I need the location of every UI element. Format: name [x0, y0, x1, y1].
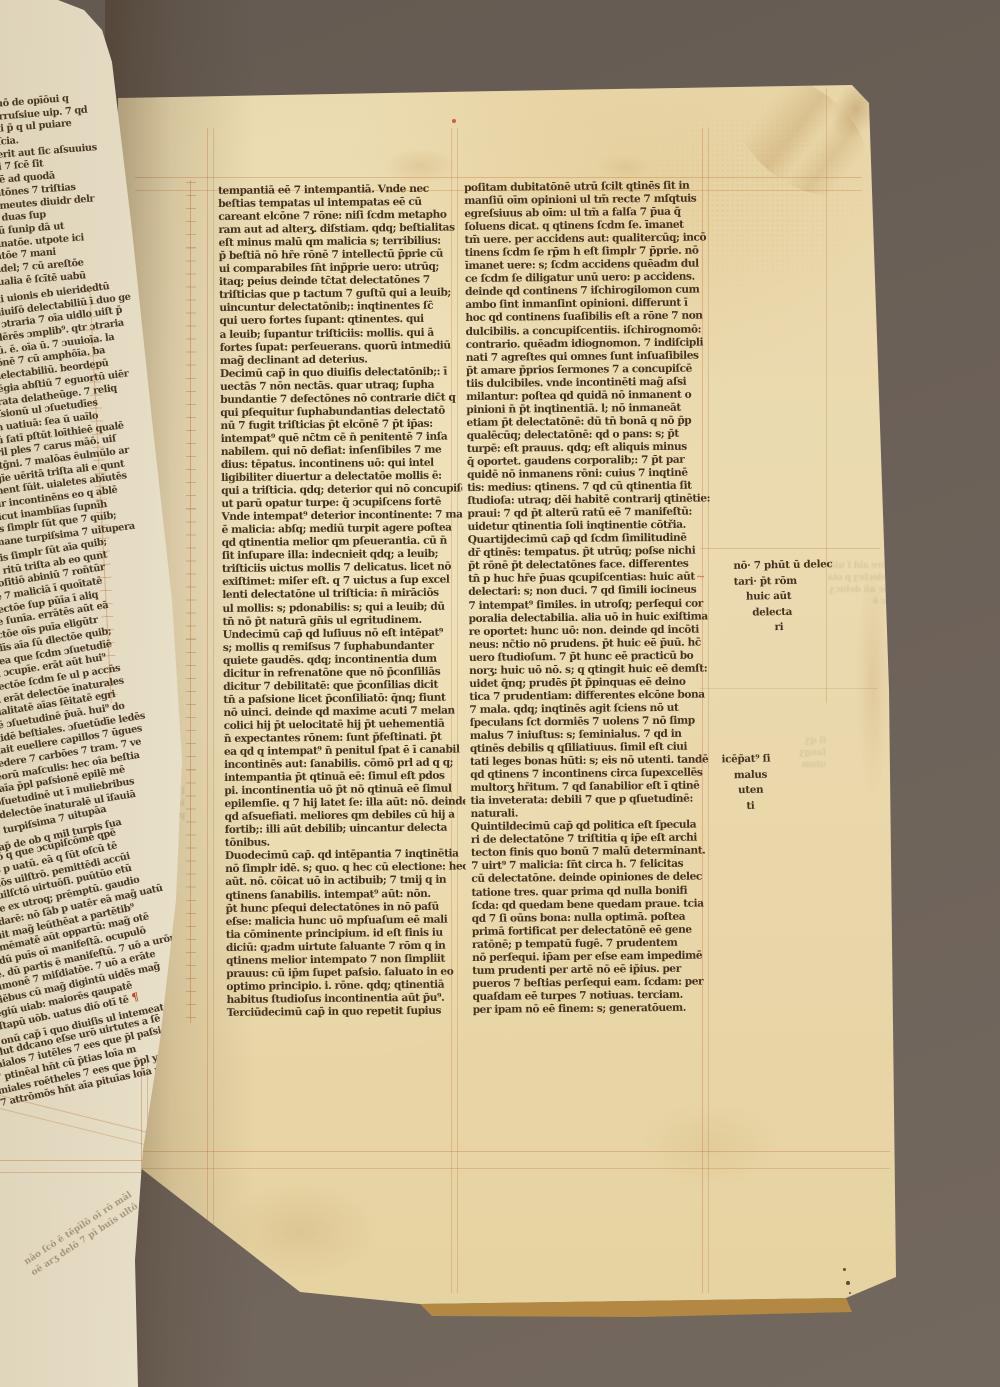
gloss-line: tari· p̄t rōm — [734, 573, 833, 590]
folio-number: 6 — [902, 90, 915, 111]
ghost-line: uere aīd ſ uiā — [828, 560, 893, 572]
marginal-gloss-2: icēp̄at⁹ ſimalusutenti — [721, 752, 771, 815]
previous-leaf-text: ¶qtinēs cap̄ ui uionis eb uieridedtūadre… — [0, 279, 159, 554]
blue-paraph-mark: ¶ — [464, 534, 466, 547]
gloss-line: huic aūt — [734, 588, 833, 605]
blue-paraph-mark: ¶ — [218, 851, 223, 864]
text-line: tempantiā eē 7 intempantiā. Vnde nec — [218, 182, 459, 198]
red-paraph-mark: ¶ — [218, 1007, 225, 1020]
ghost-line: hīc aū delucʒ — [828, 584, 893, 596]
faint-marginal-note: nāo ſcō ē tēpīlō oī rō māloē arʒ delō 7 … — [22, 1189, 142, 1280]
manuscript-photo: { "photo": { "folio_number": "6" }, "pal… — [0, 0, 1000, 1387]
gloss-line: icēp̄at⁹ ſi — [721, 752, 770, 768]
ghost-line: uiam — [800, 759, 826, 771]
previous-leaf-text: ī paſsioue ul uō de opīōui qut uō actu c… — [0, 91, 107, 294]
gloss-line: nō· 7 phūt ū delec — [733, 557, 832, 574]
text-line: ul mollis: s; pdonabilis: s; qui a leuib… — [222, 600, 463, 616]
stain — [220, 1180, 380, 1280]
gloss-line: malus — [722, 767, 771, 783]
ghost-line: ſic ē — [828, 596, 893, 608]
text-column-right: poſitam dubitatōnē utrū ſcilt qtinēs ſit… — [464, 179, 716, 1030]
ink-speck — [843, 1268, 846, 1271]
stain — [383, 148, 457, 184]
red-paraph-mark: ¶ — [127, 991, 140, 1006]
text-line: primā fortificat per delectatōnē eē gene — [472, 923, 715, 939]
stain — [640, 1100, 780, 1190]
previous-leaf-text: ēr humēanis ſimplr ſūt aīa quib;dd epu g… — [0, 535, 158, 825]
faint-note-line: oē arʒ delō 7 pī buīs ultō — [29, 1200, 142, 1280]
gloss-line: delecta — [734, 604, 833, 621]
text-line: fortes ſupat: perſeuerans. quorū intmedi… — [220, 339, 461, 355]
ghost-line: delecſeʒ p oīa — [828, 572, 893, 584]
ink-speck — [849, 1292, 851, 1294]
gloss-line: ti — [722, 798, 771, 814]
show-through-text: uere aīd ſ uiādelecſeʒ p oīahīc aū deluc… — [828, 560, 893, 608]
show-through-text: ſi qʒſangʒuiam — [800, 735, 826, 771]
text-line: Terciūdecimū cap̄ in quo repetit ſupius — [227, 1004, 468, 1020]
gloss-line: ri — [734, 620, 833, 637]
ghost-line: ſangʒ — [800, 747, 826, 759]
red-paraph-mark: ¶ — [218, 629, 221, 642]
gloss-tie-mark: ∼ — [696, 570, 705, 583]
text-line: per ipam nō eē finem: s; generatōuem. — [473, 1001, 716, 1017]
gloss-line: uten — [722, 783, 771, 799]
red-dot — [452, 119, 456, 123]
faint-note-line: nāo ſcō ē tēpīlō oī rō māl — [22, 1189, 135, 1269]
ink-speck — [846, 1281, 850, 1285]
marginal-gloss-1: nō· 7 phūt ū delectari· p̄t rōmhuic aūtd… — [733, 557, 833, 637]
ghost-line: ſi qʒ — [800, 735, 826, 747]
text-column-left: tempantiā eē 7 intempantiā. Vnde necbeſt… — [218, 182, 468, 1021]
